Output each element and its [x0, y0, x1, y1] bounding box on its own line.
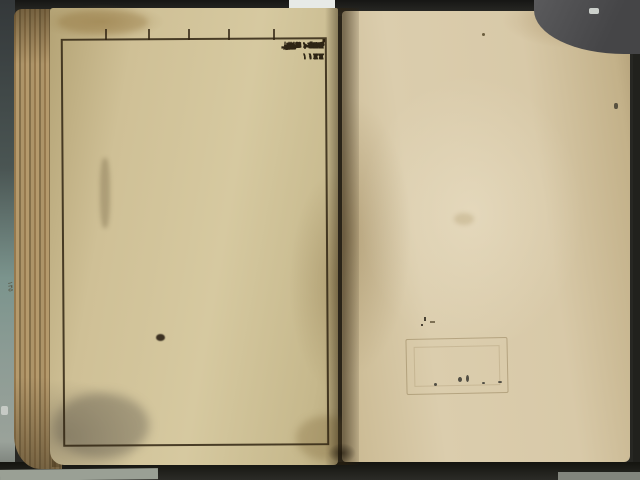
gutter-foot-shadow	[322, 438, 362, 468]
pencil-mark	[434, 383, 437, 386]
cell-number: ١٠٧	[307, 41, 324, 52]
pencil-mark	[482, 382, 485, 384]
ink-blot	[156, 334, 165, 341]
left-page: قصائد الالف١٠٤٢١٠١٠قصائد البا١١٤٢١٠٩٢قصا…	[50, 8, 338, 465]
pencil-mark	[458, 377, 462, 382]
ink-speck	[482, 33, 485, 36]
paper-speck	[1, 406, 8, 415]
right-page	[342, 11, 630, 462]
background-right	[633, 0, 640, 480]
pencil-mark	[466, 375, 469, 382]
ink-speck	[421, 324, 423, 326]
index-table: قصائد الالف١٠٤٢١٠١٠قصائد البا١١٤٢١٠٩٢قصا…	[61, 37, 329, 447]
pencil-mark	[498, 381, 502, 383]
library-stamp-inner	[414, 345, 501, 387]
stain	[58, 10, 148, 34]
ink-speck	[614, 103, 618, 109]
gutter-shadow	[325, 8, 359, 465]
book-photo: قصائد الالف١٠٤٢١٠١٠قصائد البا١١٤٢١٠٩٢قصا…	[0, 0, 640, 480]
table-surface-left	[0, 468, 158, 480]
table-surface-right	[558, 472, 640, 480]
fore-edge-note: ١٣٥	[6, 281, 15, 292]
library-stamp	[405, 337, 508, 395]
ink-speck	[424, 317, 426, 321]
ink-speck	[430, 321, 435, 323]
paper-speck	[589, 8, 599, 14]
smudge	[454, 213, 474, 225]
